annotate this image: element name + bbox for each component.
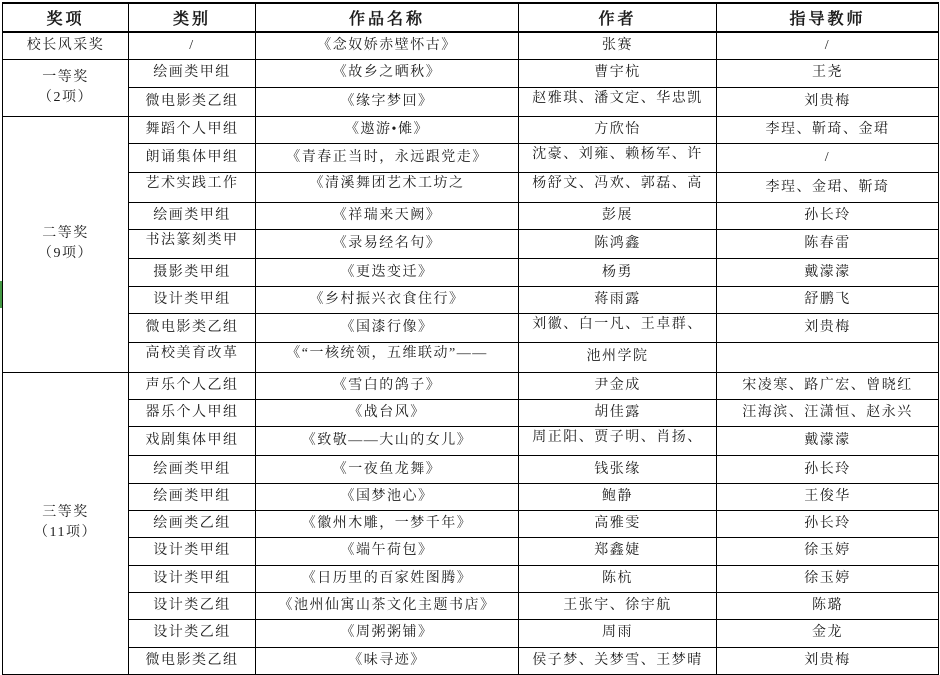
category-cell: 设计类甲组 bbox=[129, 565, 256, 592]
column-header-work: 作品名称 bbox=[256, 3, 519, 32]
author-cell: 杨勇 bbox=[519, 259, 717, 286]
category-cell: 舞蹈个人甲组 bbox=[129, 116, 256, 143]
work-title-cell: 《念奴娇赤壁怀古》 bbox=[256, 32, 519, 60]
category-cell: 微电影类乙组 bbox=[129, 313, 256, 342]
work-title-cell: 《战台风》 bbox=[256, 399, 519, 426]
teacher-cell bbox=[717, 343, 939, 372]
work-title-cell: 《“一核统领，五维联动”—— bbox=[256, 343, 519, 372]
author-cell: 周雨 bbox=[519, 620, 717, 647]
category-cell: 设计类甲组 bbox=[129, 286, 256, 313]
table-row: 书法篆刻类甲《录易经名句》陈鸿鑫陈春雷 bbox=[3, 230, 939, 259]
author-cell: 周正阳、贾子明、肖扬、 bbox=[519, 427, 717, 456]
teacher-cell: 宋凌寒、路广宏、曾晓红 bbox=[717, 372, 939, 399]
award-cell: 二等奖 （9项） bbox=[3, 116, 129, 372]
author-cell: 张赛 bbox=[519, 32, 717, 60]
teacher-cell: 李珵、靳琦、金珺 bbox=[717, 116, 939, 143]
table-row: 设计类甲组《日历里的百家姓图腾》陈杭徐玉婷 bbox=[3, 565, 939, 592]
author-cell: 方欣怡 bbox=[519, 116, 717, 143]
author-cell: 胡佳露 bbox=[519, 399, 717, 426]
table-row: 戏剧集体甲组《致敬——大山的女儿》周正阳、贾子明、肖扬、戴濛濛 bbox=[3, 427, 939, 456]
table-row: 绘画类甲组《一夜鱼龙舞》钱张缘孙长玲 bbox=[3, 456, 939, 483]
author-cell: 王张宇、徐宇航 bbox=[519, 592, 717, 619]
table-row: 二等奖 （9项）舞蹈个人甲组《遨游•傩》方欣怡李珵、靳琦、金珺 bbox=[3, 116, 939, 143]
work-title-cell: 《池州仙寓山茶文化主题书店》 bbox=[256, 592, 519, 619]
work-title-cell: 《录易经名句》 bbox=[256, 230, 519, 259]
table-row: 三等奖 （11项）声乐个人乙组《雪白的鸽子》尹金成宋凌寒、路广宏、曾晓红 bbox=[3, 372, 939, 399]
work-title-cell: 《一夜鱼龙舞》 bbox=[256, 456, 519, 483]
work-title-cell: 《更迭变迁》 bbox=[256, 259, 519, 286]
work-title-cell: 《青春正当时，永远跟党走》 bbox=[256, 144, 519, 173]
work-title-cell: 《乡村振兴衣食住行》 bbox=[256, 286, 519, 313]
work-title-cell: 《致敬——大山的女儿》 bbox=[256, 427, 519, 456]
teacher-cell: 王俊华 bbox=[717, 483, 939, 510]
column-header-award: 奖项 bbox=[3, 3, 129, 32]
category-cell: 绘画类甲组 bbox=[129, 202, 256, 229]
work-title-cell: 《缘字梦回》 bbox=[256, 87, 519, 116]
category-cell: 绘画类甲组 bbox=[129, 456, 256, 483]
award-cell: 一等奖 （2项） bbox=[3, 60, 129, 117]
award-cell: 校长风采奖 bbox=[3, 32, 129, 60]
teacher-cell: 金龙 bbox=[717, 620, 939, 647]
table-row: 摄影类甲组《更迭变迁》杨勇戴濛濛 bbox=[3, 259, 939, 286]
category-cell: 绘画类乙组 bbox=[129, 511, 256, 538]
header-row: 奖项 类别 作品名称 作者 指导教师 bbox=[3, 3, 939, 32]
work-title-cell: 《国梦池心》 bbox=[256, 483, 519, 510]
teacher-cell: 王尧 bbox=[717, 60, 939, 87]
category-cell: 器乐个人甲组 bbox=[129, 399, 256, 426]
category-cell: 朗诵集体甲组 bbox=[129, 144, 256, 173]
teacher-cell: 刘贵梅 bbox=[717, 647, 939, 674]
work-title-cell: 《徽州木雕，一梦千年》 bbox=[256, 511, 519, 538]
table-row: 设计类甲组《端午荷包》郑鑫婕徐玉婷 bbox=[3, 538, 939, 565]
work-title-cell: 《端午荷包》 bbox=[256, 538, 519, 565]
category-cell: 绘画类甲组 bbox=[129, 60, 256, 87]
author-cell: 陈杭 bbox=[519, 565, 717, 592]
teacher-cell: 孙长玲 bbox=[717, 511, 939, 538]
award-cell: 三等奖 （11项） bbox=[3, 372, 129, 674]
author-cell: 刘徽、白一凡、王卓群、 bbox=[519, 313, 717, 342]
teacher-cell: 孙长玲 bbox=[717, 456, 939, 483]
work-title-cell: 《故乡之晒秋》 bbox=[256, 60, 519, 87]
category-cell: 高校美育改革 bbox=[129, 343, 256, 372]
table-row: 器乐个人甲组《战台风》胡佳露汪海滨、汪潇恒、赵永兴 bbox=[3, 399, 939, 426]
author-cell: 沈豪、刘雍、赖杨军、许 bbox=[519, 144, 717, 173]
author-cell: 杨舒文、冯欢、郭磊、高 bbox=[519, 173, 717, 202]
category-cell: 声乐个人乙组 bbox=[129, 372, 256, 399]
author-cell: 侯子梦、关梦雪、王梦晴 bbox=[519, 647, 717, 674]
category-cell: 戏剧集体甲组 bbox=[129, 427, 256, 456]
category-cell: 摄影类甲组 bbox=[129, 259, 256, 286]
work-title-cell: 《国漆行像》 bbox=[256, 313, 519, 342]
table-row: 微电影类乙组《味寻迹》侯子梦、关梦雪、王梦晴刘贵梅 bbox=[3, 647, 939, 674]
author-cell: 钱张缘 bbox=[519, 456, 717, 483]
author-cell: 郑鑫婕 bbox=[519, 538, 717, 565]
work-title-cell: 《遨游•傩》 bbox=[256, 116, 519, 143]
teacher-cell: 戴濛濛 bbox=[717, 427, 939, 456]
author-cell: 赵雅琪、潘文定、华忠凯 bbox=[519, 87, 717, 116]
author-cell: 尹金成 bbox=[519, 372, 717, 399]
work-title-cell: 《祥瑞来天阙》 bbox=[256, 202, 519, 229]
table-row: 一等奖 （2项）绘画类甲组《故乡之晒秋》曹宇杭王尧 bbox=[3, 60, 939, 87]
work-title-cell: 《味寻迹》 bbox=[256, 647, 519, 674]
author-cell: 曹宇杭 bbox=[519, 60, 717, 87]
table-row: 朗诵集体甲组《青春正当时，永远跟党走》沈豪、刘雍、赖杨军、许/ bbox=[3, 144, 939, 173]
teacher-cell: 陈春雷 bbox=[717, 230, 939, 259]
category-cell: 设计类乙组 bbox=[129, 592, 256, 619]
table-body: 校长风采奖/《念奴娇赤壁怀古》张赛/一等奖 （2项）绘画类甲组《故乡之晒秋》曹宇… bbox=[3, 32, 939, 674]
author-cell: 蒋雨露 bbox=[519, 286, 717, 313]
table-row: 设计类甲组《乡村振兴衣食住行》蒋雨露舒鹏飞 bbox=[3, 286, 939, 313]
table-row: 艺术实践工作《清溪舞团艺术工坊之杨舒文、冯欢、郭磊、高李珵、金珺、靳琦 bbox=[3, 173, 939, 202]
table-row: 绘画类甲组《国梦池心》鲍静王俊华 bbox=[3, 483, 939, 510]
category-cell: 设计类甲组 bbox=[129, 538, 256, 565]
author-cell: 池州学院 bbox=[519, 343, 717, 372]
column-header-author: 作者 bbox=[519, 3, 717, 32]
teacher-cell: / bbox=[717, 32, 939, 60]
teacher-cell: 陈璐 bbox=[717, 592, 939, 619]
table-row: 校长风采奖/《念奴娇赤壁怀古》张赛/ bbox=[3, 32, 939, 60]
table-row: 微电影类乙组《缘字梦回》赵雅琪、潘文定、华忠凯刘贵梅 bbox=[3, 87, 939, 116]
author-cell: 彭展 bbox=[519, 202, 717, 229]
teacher-cell: 舒鹏飞 bbox=[717, 286, 939, 313]
teacher-cell: 徐玉婷 bbox=[717, 565, 939, 592]
teacher-cell: / bbox=[717, 144, 939, 173]
table-row: 绘画类甲组《祥瑞来天阙》彭展孙长玲 bbox=[3, 202, 939, 229]
teacher-cell: 刘贵梅 bbox=[717, 313, 939, 342]
column-header-teacher: 指导教师 bbox=[717, 3, 939, 32]
teacher-cell: 徐玉婷 bbox=[717, 538, 939, 565]
category-cell: 书法篆刻类甲 bbox=[129, 230, 256, 259]
work-title-cell: 《周粥粥铺》 bbox=[256, 620, 519, 647]
category-cell: / bbox=[129, 32, 256, 60]
category-cell: 微电影类乙组 bbox=[129, 87, 256, 116]
table-row: 绘画类乙组《徽州木雕，一梦千年》高雅雯孙长玲 bbox=[3, 511, 939, 538]
teacher-cell: 汪海滨、汪潇恒、赵永兴 bbox=[717, 399, 939, 426]
author-cell: 鲍静 bbox=[519, 483, 717, 510]
work-title-cell: 《日历里的百家姓图腾》 bbox=[256, 565, 519, 592]
author-cell: 陈鸿鑫 bbox=[519, 230, 717, 259]
teacher-cell: 戴濛濛 bbox=[717, 259, 939, 286]
work-title-cell: 《雪白的鸽子》 bbox=[256, 372, 519, 399]
teacher-cell: 孙长玲 bbox=[717, 202, 939, 229]
category-cell: 艺术实践工作 bbox=[129, 173, 256, 202]
teacher-cell: 李珵、金珺、靳琦 bbox=[717, 173, 939, 202]
category-cell: 微电影类乙组 bbox=[129, 647, 256, 674]
author-cell: 高雅雯 bbox=[519, 511, 717, 538]
teacher-cell: 刘贵梅 bbox=[717, 87, 939, 116]
table-row: 设计类乙组《池州仙寓山茶文化主题书店》王张宇、徐宇航陈璐 bbox=[3, 592, 939, 619]
table-row: 高校美育改革《“一核统领，五维联动”——池州学院 bbox=[3, 343, 939, 372]
column-header-category: 类别 bbox=[129, 3, 256, 32]
award-results-table: 奖项 类别 作品名称 作者 指导教师 校长风采奖/《念奴娇赤壁怀古》张赛/一等奖… bbox=[2, 2, 939, 675]
work-title-cell: 《清溪舞团艺术工坊之 bbox=[256, 173, 519, 202]
category-cell: 绘画类甲组 bbox=[129, 483, 256, 510]
category-cell: 设计类乙组 bbox=[129, 620, 256, 647]
table-row: 设计类乙组《周粥粥铺》周雨金龙 bbox=[3, 620, 939, 647]
table-row: 微电影类乙组《国漆行像》刘徽、白一凡、王卓群、刘贵梅 bbox=[3, 313, 939, 342]
